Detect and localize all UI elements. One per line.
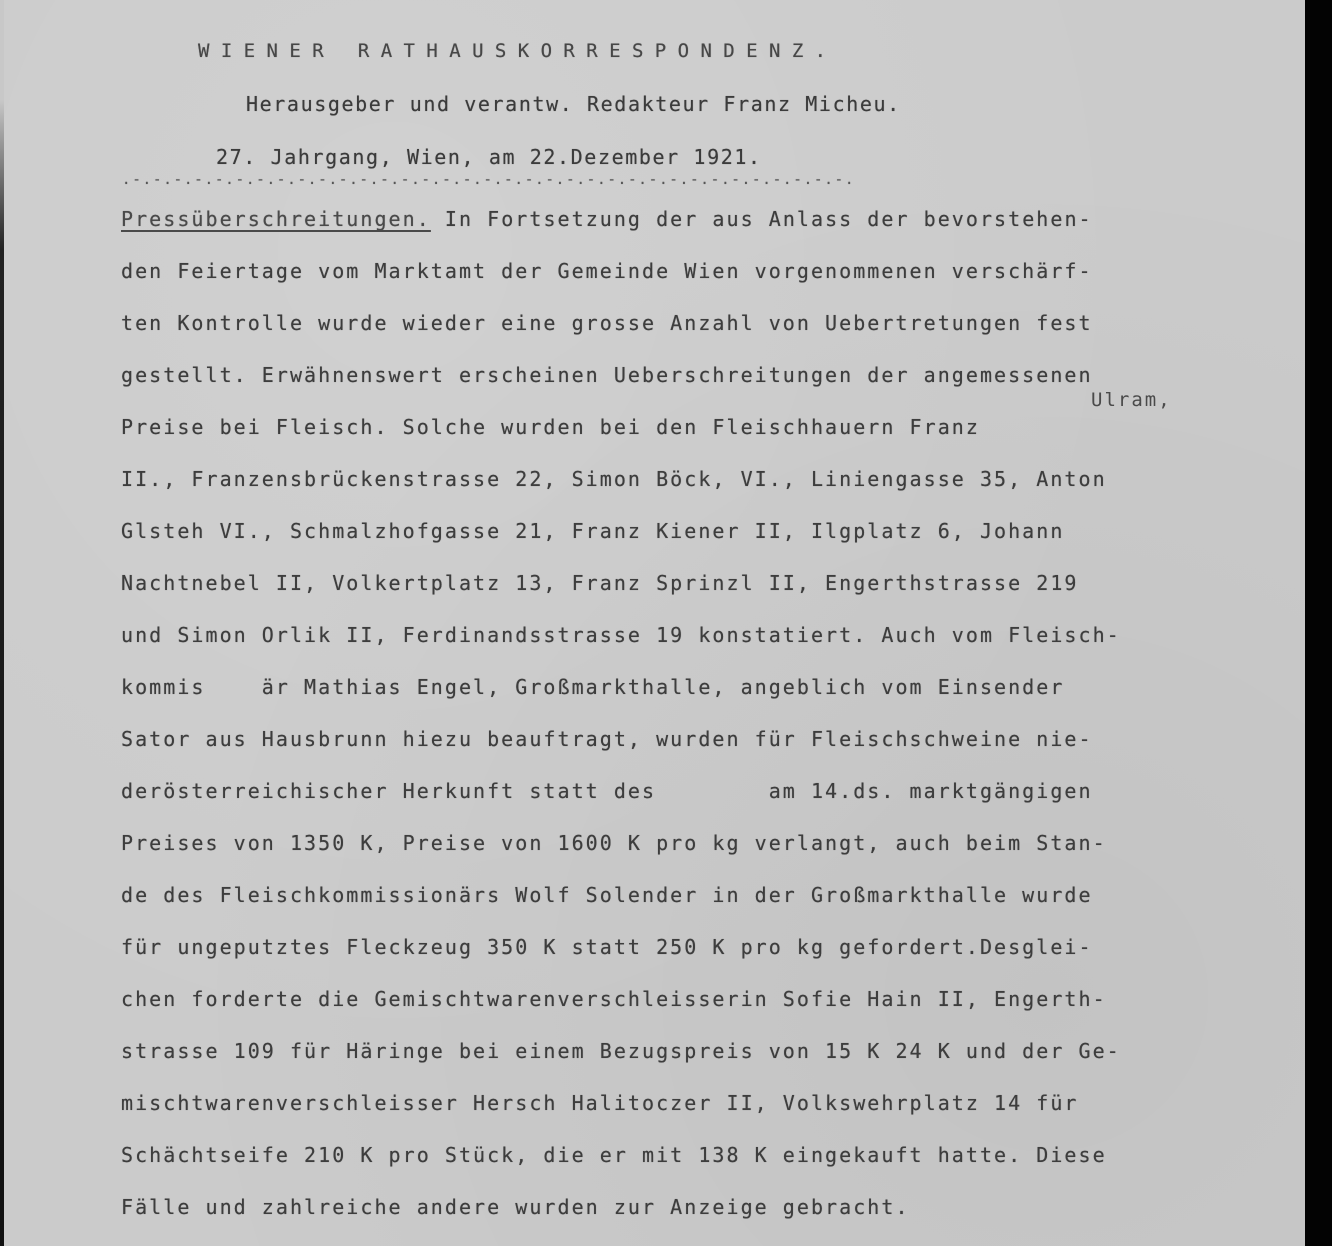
article-headline: Pressüberschreitungen. [121, 207, 431, 231]
body-line: strasse 109 für Häringe bei einem Bezugs… [121, 1036, 1261, 1088]
body-line: Preises von 1350 K, Preise von 1600 K pr… [121, 828, 1261, 880]
body-line-text: In Fortsetzung der aus Anlass der bevors… [431, 207, 1093, 231]
body-line: chen forderte die Gemischtwarenverschlei… [121, 984, 1261, 1036]
body-line: Preise bei Fleisch. Solche wurden bei de… [121, 412, 1261, 464]
body-line: Fälle und zahlreiche andere wurden zur A… [121, 1192, 1261, 1244]
body-line: den Feiertage vom Marktamt der Gemeinde … [121, 256, 1261, 308]
body-line: für ungeputztes Fleckzeug 350 K statt 25… [121, 932, 1261, 984]
body-line: Pressüberschreitungen. In Fortsetzung de… [121, 204, 1261, 256]
body-line: Schächtseife 210 K pro Stück, die er mit… [121, 1140, 1261, 1192]
body-line: Sator aus Hausbrunn hiezu beauftragt, wu… [121, 724, 1261, 776]
body-line: derösterreichischer Herkunft statt des a… [121, 776, 1261, 828]
body-line: ten Kontrolle wurde wieder eine grosse A… [121, 308, 1261, 360]
dotted-separator: .-.-.-.-.-.-.-.-.-.-.-.-.-.-.-.-.-.-.-.-… [122, 172, 855, 188]
scan-right-border [1305, 0, 1332, 1246]
body-line: mischtwarenverschleisser Hersch Halitocz… [121, 1088, 1261, 1140]
body-line: II., Franzensbrückenstrasse 22, Simon Bö… [121, 464, 1261, 516]
editor-line: Herausgeber und verantw. Redakteur Franz… [246, 92, 901, 116]
body-line: kommis är Mathias Engel, Großmarkthalle,… [121, 672, 1261, 724]
body-line: de des Fleischkommissionärs Wolf Solende… [121, 880, 1261, 932]
body-line: Nachtnebel II, Volkertplatz 13, Franz Sp… [121, 568, 1261, 620]
article-body: Pressüberschreitungen. In Fortsetzung de… [121, 204, 1261, 1244]
body-line: Glsteh VI., Schmalzhofgasse 21, Franz Ki… [121, 516, 1261, 568]
scanned-page: WIENER RATHAUSKORRESPONDENZ. Herausgeber… [0, 0, 1332, 1246]
issue-date-line: 27. Jahrgang, Wien, am 22.Dezember 1921. [216, 145, 762, 169]
masthead-title: WIENER RATHAUSKORRESPONDENZ. [198, 40, 838, 62]
body-line: und Simon Orlik II, Ferdinandsstrasse 19… [121, 620, 1261, 672]
body-line: gestellt. Erwähnenswert erscheinen Ueber… [121, 360, 1261, 412]
